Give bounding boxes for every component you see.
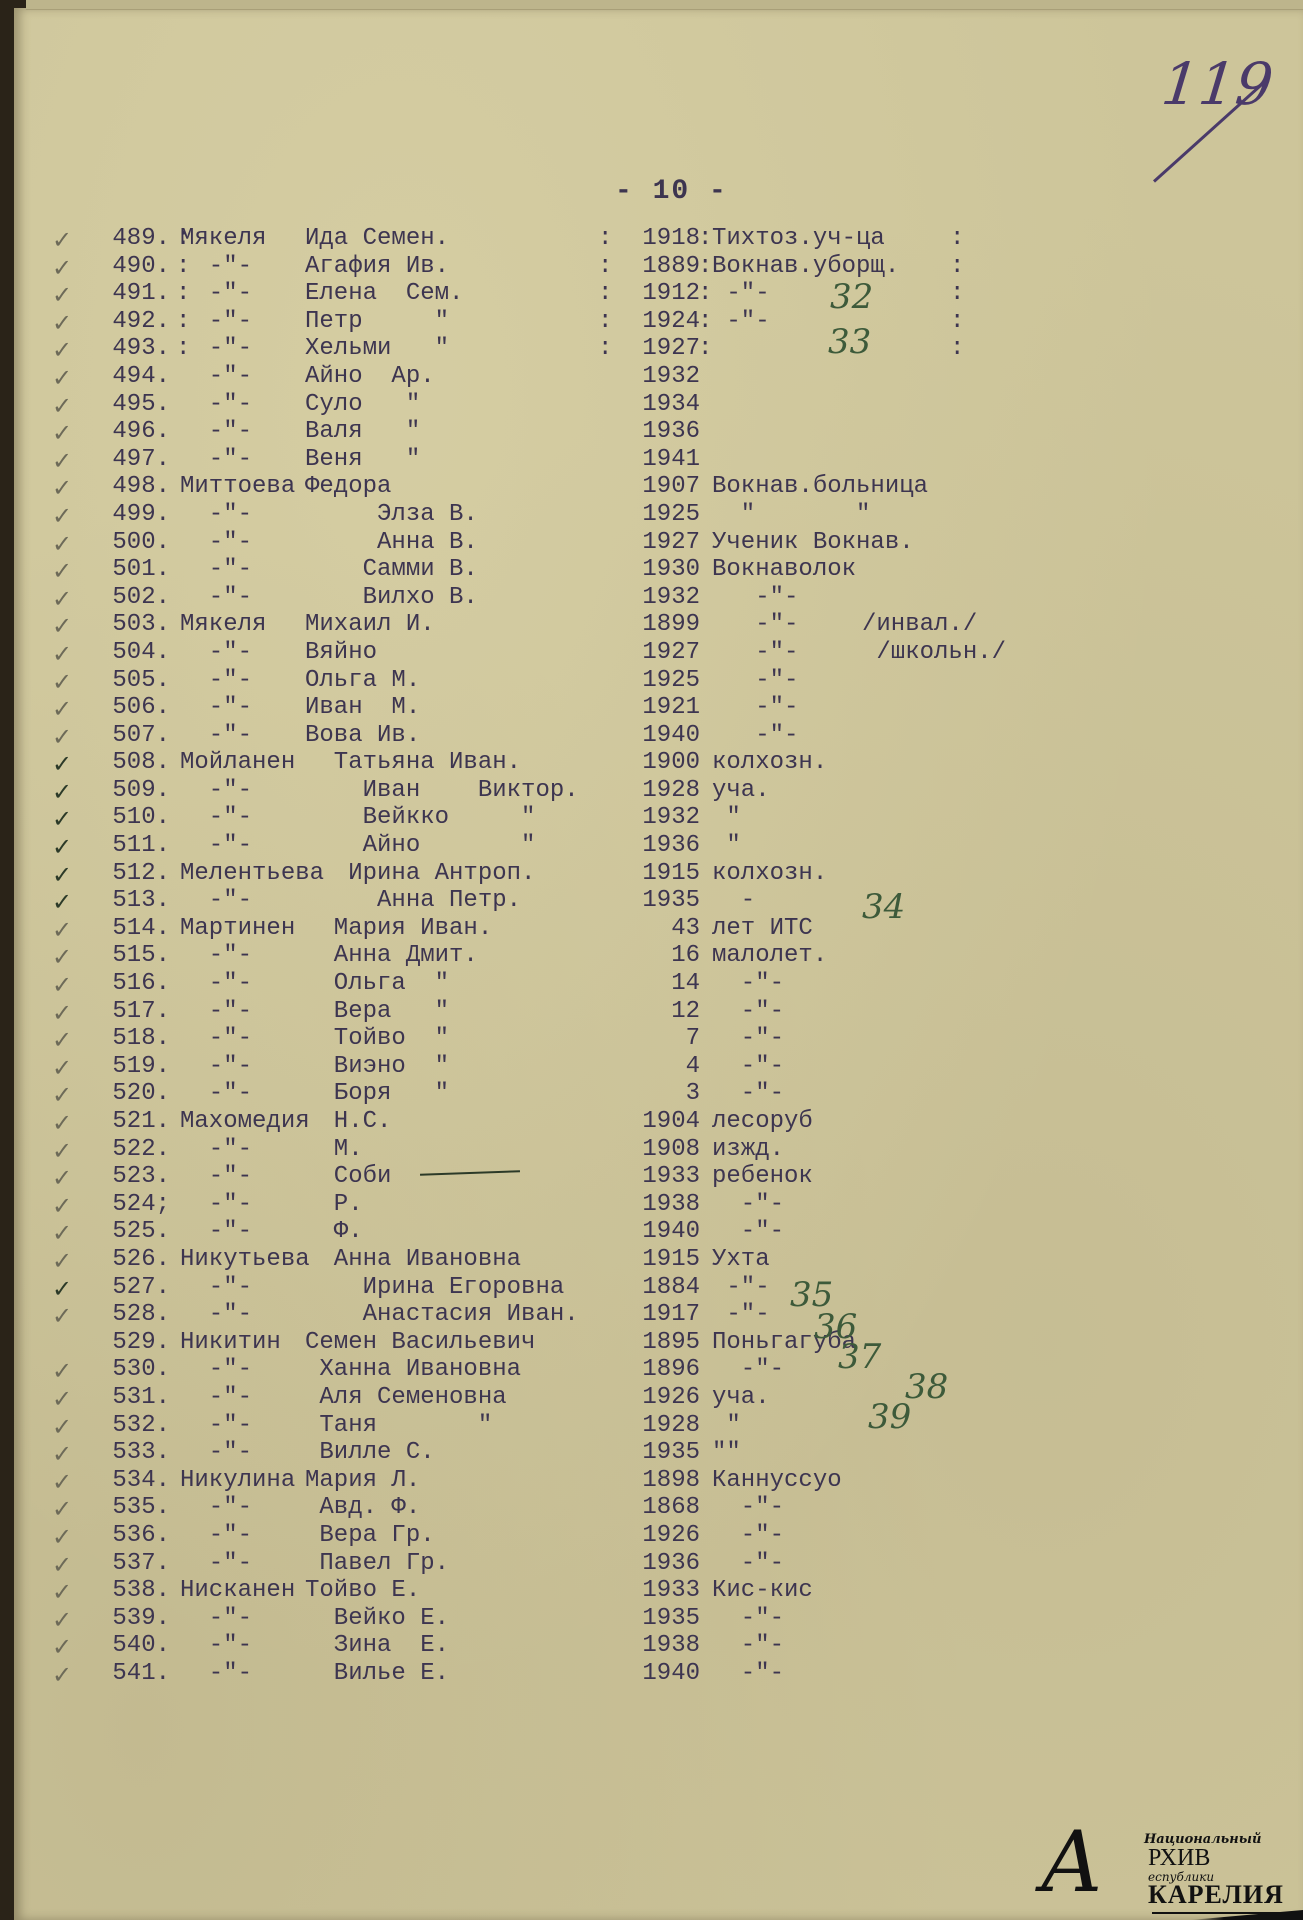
surname-cell: -"- [180, 501, 252, 529]
entry-number: 509. [78, 777, 170, 805]
entry-number: 504. [78, 639, 170, 667]
table-row: ✓530. -"- Ханна Ивановна1896 -"- [0, 1356, 1303, 1384]
table-row: ✓500. -"- Анна В.1927Ученик Вокнав. [0, 529, 1303, 557]
birth-year-cell: 1933 [615, 1577, 700, 1605]
entry-number: 541. [78, 1660, 170, 1688]
given-name-cell: Семен Васильевич [305, 1329, 535, 1357]
given-name-cell: Таня " [305, 1412, 492, 1440]
surname-cell: -"- [180, 832, 252, 860]
workplace-cell: ребенок [712, 1163, 813, 1191]
workplace-cell: -"- [712, 611, 798, 639]
entry-number: 532. [78, 1412, 170, 1440]
birth-year-cell: 1889 [615, 253, 700, 281]
given-name-cell: Анна Ивановна [305, 1246, 521, 1274]
workplace-cell: -"- [712, 1218, 784, 1246]
workplace-cell: " [712, 832, 741, 860]
table-row: ✓521.Махомедия Н.С.1904лесоруб [0, 1108, 1303, 1136]
surname-cell: Миттоева [180, 473, 295, 501]
workplace-cell: -"- [712, 1632, 784, 1660]
birth-year-cell: 1940 [615, 1218, 700, 1246]
table-row: ✓511. -"- Айно "1936 " [0, 832, 1303, 860]
given-name-cell: Виэно " [305, 1053, 449, 1081]
surname-cell: -"- [180, 1053, 252, 1081]
table-row: ✓505. -"-Ольга М.1925 -"- [0, 667, 1303, 695]
birth-year-cell: 43 [615, 915, 700, 943]
surname-cell: -"- [180, 1605, 252, 1633]
handwritten-number: 39 [868, 1400, 911, 1434]
birth-year-cell: 1915 [615, 860, 700, 888]
workplace-cell: Ученик Вокнав. [712, 529, 914, 557]
surname-cell: -"- [180, 1191, 252, 1219]
remark-cell: /инвал./ [862, 611, 977, 639]
given-name-cell: Суло " [305, 391, 420, 419]
surname-cell: -"- [180, 363, 252, 391]
table-row: ✓525. -"- Ф.1940 -"- [0, 1218, 1303, 1246]
column-separator: : [950, 253, 964, 281]
entry-number: 507. [78, 722, 170, 750]
given-name-cell: Ирина Егоровна [305, 1274, 564, 1302]
surname-cell: -"- [180, 280, 252, 308]
workplace-cell: -"- [712, 1356, 784, 1384]
entry-number: 520. [78, 1080, 170, 1108]
entry-number: 496. [78, 418, 170, 446]
surname-cell: -"- [180, 887, 252, 915]
entry-number: 517. [78, 998, 170, 1026]
surname-cell: -"- [180, 584, 252, 612]
handwritten-number: 38 [905, 1370, 948, 1404]
table-row: ✓489.:МякеляИда Семен.:1918:Тихтоз.уч-ца… [0, 225, 1303, 253]
given-name-cell: Вяйно [305, 639, 377, 667]
column-separator: : [598, 308, 612, 336]
surname-cell: -"- [180, 777, 252, 805]
birth-year-cell: 1900 [615, 749, 700, 777]
table-row: ✓536. -"- Вера Гр.1926 -"- [0, 1522, 1303, 1550]
given-name-cell: Боря " [305, 1080, 449, 1108]
table-row: ✓528. -"- Анастасия Иван.1917 -"- [0, 1301, 1303, 1329]
given-name-cell: Элза В. [305, 501, 478, 529]
surname-cell: Никитин [180, 1329, 281, 1357]
table-row: ✓513. -"- Анна Петр.1935 - [0, 887, 1303, 915]
table-row: ✓491.: -"-Елена Сем.:1912: -"-: [0, 280, 1303, 308]
table-row: ✓496. -"-Валя "1936 [0, 418, 1303, 446]
workplace-cell: -"- [712, 1550, 784, 1578]
birth-year-cell: 1927 [615, 639, 700, 667]
entry-number: 497. [78, 446, 170, 474]
birth-year-cell: 1898 [615, 1467, 700, 1495]
given-name-cell: Самми В. [305, 556, 478, 584]
given-name-cell: Вова Ив. [305, 722, 420, 750]
column-separator: : [698, 253, 712, 281]
given-name-cell: Анна В. [305, 529, 478, 557]
workplace-cell: -"- [712, 1191, 784, 1219]
workplace-cell: -"- [712, 308, 770, 336]
table-row: ✓538.НисканенТойво Е.1933Кис-кис [0, 1577, 1303, 1605]
workplace-cell: -"- [712, 1660, 784, 1688]
entry-number: 494. [78, 363, 170, 391]
surname-cell: -"- [180, 1274, 252, 1302]
birth-year-cell: 1868 [615, 1494, 700, 1522]
table-row: ✓503.МякеляМихаил И.1899 -"-/инвал./ [0, 611, 1303, 639]
birth-year-cell: 1936 [615, 832, 700, 860]
page-edge [26, 0, 1303, 10]
entry-number: 508. [78, 749, 170, 777]
workplace-cell: - [712, 887, 755, 915]
handwritten-number: 33 [828, 325, 871, 359]
entry-number: 495. [78, 391, 170, 419]
entry-number: 512. [78, 860, 170, 888]
workplace-cell: -"- [712, 584, 798, 612]
birth-year-cell: 12 [615, 998, 700, 1026]
workplace-cell: -"- [712, 722, 798, 750]
surname-cell: -"- [180, 1412, 252, 1440]
entry-number: 515. [78, 942, 170, 970]
birth-year-cell: 7 [615, 1025, 700, 1053]
birth-year-cell: 1915 [615, 1246, 700, 1274]
birth-year-cell: 1924 [615, 308, 700, 336]
column-separator: : [598, 280, 612, 308]
table-row: ✓537. -"- Павел Гр.1936 -"- [0, 1550, 1303, 1578]
table-row: ✓534.НикулинаМария Л.1898Каннуссуо [0, 1467, 1303, 1495]
workplace-cell: -"- [712, 639, 798, 667]
column-separator: : [950, 335, 964, 363]
table-row: ✓526.Никутьева Анна Ивановна1915Ухта [0, 1246, 1303, 1274]
logo-initial: А [1040, 1820, 1104, 1904]
given-name-cell: Н.С. [305, 1108, 391, 1136]
entry-number: 518. [78, 1025, 170, 1053]
table-row: ✓522. -"- М.1908изжд. [0, 1136, 1303, 1164]
surname-cell: -"- [180, 529, 252, 557]
entry-number: 529. [78, 1329, 170, 1357]
given-name-cell: Анна Петр. [305, 887, 521, 915]
table-row: ✓509. -"- Иван Виктор.1928уча. [0, 777, 1303, 805]
given-name-cell: Павел Гр. [305, 1550, 449, 1578]
table-row: ✓501. -"- Самми В.1930Вокнаволок [0, 556, 1303, 584]
entry-number: 511. [78, 832, 170, 860]
entry-number: 537. [78, 1550, 170, 1578]
surname-cell: -"- [180, 1384, 252, 1412]
entry-number: 530. [78, 1356, 170, 1384]
entry-number: 513. [78, 887, 170, 915]
given-name-cell: Агафия Ив. [305, 253, 449, 281]
workplace-cell: Вокнаволок [712, 556, 856, 584]
given-name-cell: Айно " [305, 832, 535, 860]
given-name-cell: Р. [305, 1191, 363, 1219]
workplace-cell: Каннуссуо [712, 1467, 842, 1495]
birth-year-cell: 1917 [615, 1301, 700, 1329]
workplace-cell: лет ИТС [712, 915, 813, 943]
workplace-cell: -"- [712, 1522, 784, 1550]
workplace-cell: -"- [712, 280, 770, 308]
workplace-cell: Тихтоз.уч-ца [712, 225, 885, 253]
surname-cell: Нисканен [180, 1577, 295, 1605]
workplace-cell: колхозн. [712, 860, 827, 888]
birth-year-cell: 1938 [615, 1191, 700, 1219]
table-row: ✓520. -"- Боря "3 -"- [0, 1080, 1303, 1108]
entry-number: 498. [78, 473, 170, 501]
entry-number: 526. [78, 1246, 170, 1274]
table-row: ✓506. -"-Иван М.1921 -"- [0, 694, 1303, 722]
workplace-cell: уча. [712, 777, 770, 805]
entry-number: 490. [78, 253, 170, 281]
remark-cell: /школьн./ [862, 639, 1006, 667]
surname-cell: -"- [180, 1439, 252, 1467]
given-name-cell: Соби [305, 1163, 391, 1191]
entry-number: 502. [78, 584, 170, 612]
birth-year-cell: 1935 [615, 1605, 700, 1633]
surname-cell: Махомедия [180, 1108, 310, 1136]
birth-year-cell: 1899 [615, 611, 700, 639]
surname-cell: -"- [180, 1550, 252, 1578]
entry-number: 531. [78, 1384, 170, 1412]
birth-year-cell: 1884 [615, 1274, 700, 1302]
birth-year-cell: 14 [615, 970, 700, 998]
workplace-cell: " [712, 1412, 741, 1440]
surname-cell: -"- [180, 556, 252, 584]
given-name-cell: Татьяна Иван. [305, 749, 521, 777]
entry-number: 538. [78, 1577, 170, 1605]
given-name-cell: Вера Гр. [305, 1522, 435, 1550]
table-row: ✓504. -"-Вяйно1927 -"- /школьн./ [0, 639, 1303, 667]
entry-number: 510. [78, 804, 170, 832]
birth-year-cell: 4 [615, 1053, 700, 1081]
surname-cell: -"- [180, 970, 252, 998]
given-name-cell: Зина Е. [305, 1632, 449, 1660]
given-name-cell: Вилье Е. [305, 1660, 449, 1688]
table-row: ✓490.: -"-Агафия Ив.:1889:Вокнав.уборщ.: [0, 253, 1303, 281]
entry-number: 539. [78, 1605, 170, 1633]
surname-cell: Мартинен [180, 915, 295, 943]
birth-year-cell: 1932 [615, 804, 700, 832]
entry-number: 528. [78, 1301, 170, 1329]
workplace-cell: уча. [712, 1384, 770, 1412]
entry-number: 516. [78, 970, 170, 998]
given-name-cell: Ф. [305, 1218, 363, 1246]
given-name-cell: Тойво Е. [305, 1577, 420, 1605]
folio-mark: 119 [1150, 40, 1280, 210]
surname-cell: -"- [180, 1660, 252, 1688]
birth-year-cell: 1936 [615, 418, 700, 446]
entry-number: 533. [78, 1439, 170, 1467]
entry-number: 501. [78, 556, 170, 584]
workplace-cell: лесоруб [712, 1108, 813, 1136]
surname-cell: -"- [180, 1025, 252, 1053]
column-separator: : [698, 308, 712, 336]
workplace-cell: -"- [712, 667, 798, 695]
entry-number: 514. [78, 915, 170, 943]
table-row: 529.НикитинСемен Васильевич1895Поньгагуб… [0, 1329, 1303, 1357]
given-name-cell: Петр " [305, 308, 449, 336]
entry-number: 523. [78, 1163, 170, 1191]
surname-cell: -"- [180, 446, 252, 474]
birth-year-cell: 1921 [615, 694, 700, 722]
given-name-cell: Аля Семеновна [305, 1384, 507, 1412]
table-row: ✓495. -"-Суло "1934 [0, 391, 1303, 419]
workplace-cell: " " [712, 501, 870, 529]
archive-logo: А Национальный РХИВ еспублики КАРЕЛИЯ [1040, 1810, 1303, 1920]
workplace-cell: -"- [712, 1053, 784, 1081]
surname-cell: -"- [180, 1632, 252, 1660]
workplace-cell: Кис-кис [712, 1577, 813, 1605]
workplace-cell: -"- [712, 1301, 770, 1329]
surname-cell: Мелентьева [180, 860, 324, 888]
surname-cell: -"- [180, 667, 252, 695]
column-separator: : [950, 308, 964, 336]
table-row: ✓502. -"- Вилхо В.1932 -"- [0, 584, 1303, 612]
given-name-cell: Ольга " [305, 970, 449, 998]
table-row: ✓492.: -"-Петр ":1924: -"-: [0, 308, 1303, 336]
birth-year-cell: 1907 [615, 473, 700, 501]
entry-number: 492. [78, 308, 170, 336]
workplace-cell: -"- [712, 970, 784, 998]
birth-year-cell: 1933 [615, 1163, 700, 1191]
workplace-cell: -"- [712, 998, 784, 1026]
given-name-cell: М. [305, 1136, 363, 1164]
entry-number: 500. [78, 529, 170, 557]
entry-number: 535. [78, 1494, 170, 1522]
birth-year-cell: 1926 [615, 1522, 700, 1550]
birth-year-cell: 1932 [615, 584, 700, 612]
birth-year-cell: 1927 [615, 335, 700, 363]
workplace-cell: Ухта [712, 1246, 770, 1274]
given-name-cell: Анна Дмит. [305, 942, 478, 970]
entry-number: 493. [78, 335, 170, 363]
given-name-cell: Мария Л. [305, 1467, 420, 1495]
table-row: ✓539. -"- Вейко Е.1935 -"- [0, 1605, 1303, 1633]
table-row: ✓518. -"- Тойво "7 -"- [0, 1025, 1303, 1053]
entry-number: 522. [78, 1136, 170, 1164]
workplace-cell: -"- [712, 1025, 784, 1053]
surname-cell: -"- [180, 253, 252, 281]
given-name-cell: Ирина Антроп. [305, 860, 535, 888]
given-name-cell: Тойво " [305, 1025, 449, 1053]
table-row: ✓498.МиттоеваФедора1907Вокнав.больница [0, 473, 1303, 501]
register-list: ✓489.:МякеляИда Семен.:1918:Тихтоз.уч-ца… [0, 225, 1303, 1687]
column-separator: : [698, 225, 712, 253]
given-name-cell: Валя " [305, 418, 420, 446]
entry-number: 499. [78, 501, 170, 529]
entry-number: 525. [78, 1218, 170, 1246]
table-row: ✓515. -"- Анна Дмит.16малолет. [0, 942, 1303, 970]
birth-year-cell: 1925 [615, 667, 700, 695]
column-separator: : [598, 225, 612, 253]
surname-cell: -"- [180, 308, 252, 336]
table-row: ✓507. -"-Вова Ив.1940 -"- [0, 722, 1303, 750]
surname-cell: -"- [180, 1218, 252, 1246]
birth-year-cell: 16 [615, 942, 700, 970]
birth-year-cell: 1936 [615, 1550, 700, 1578]
birth-year-cell: 1934 [615, 391, 700, 419]
given-name-cell: Вейкко " [305, 804, 535, 832]
entry-number: 527. [78, 1274, 170, 1302]
workplace-cell: -"- [712, 1274, 770, 1302]
surname-cell: Мойланен [180, 749, 295, 777]
birth-year-cell: 1935 [615, 887, 700, 915]
column-separator: : [698, 335, 712, 363]
birth-year-cell: 1927 [615, 529, 700, 557]
table-row: ✓512.Мелентьева Ирина Антроп.1915колхозн… [0, 860, 1303, 888]
table-row: ✓497. -"-Веня "1941 [0, 446, 1303, 474]
table-row: ✓532. -"- Таня "1928 " [0, 1412, 1303, 1440]
surname-cell: Никутьева [180, 1246, 310, 1274]
column-separator: : [950, 280, 964, 308]
table-row: ✓516. -"- Ольга "14 -"- [0, 970, 1303, 998]
table-row: ✓499. -"- Элза В.1925 " " [0, 501, 1303, 529]
birth-year-cell: 1932 [615, 363, 700, 391]
table-row: ✓533. -"- Вилле С.1935"" [0, 1439, 1303, 1467]
workplace-cell: малолет. [712, 942, 827, 970]
workplace-cell: -"- [712, 694, 798, 722]
given-name-cell: Иван М. [305, 694, 420, 722]
surname-cell: Никулина [180, 1467, 295, 1495]
given-name-cell: Мария Иван. [305, 915, 492, 943]
entry-number: 489. [78, 225, 170, 253]
surname-cell: -"- [180, 418, 252, 446]
surname-cell: -"- [180, 391, 252, 419]
table-row: ✓494. -"-Айно Ар.1932 [0, 363, 1303, 391]
given-name-cell: Ида Семен. [305, 225, 449, 253]
logo-line-karelia: КАРЕЛИЯ [1148, 1882, 1284, 1908]
table-row: ✓493.: -"-Хельми ":1927:: [0, 335, 1303, 363]
birth-year-cell: 1904 [615, 1108, 700, 1136]
birth-year-cell: 1940 [615, 1660, 700, 1688]
birth-year-cell: 1925 [615, 501, 700, 529]
handwritten-number: 34 [862, 890, 905, 924]
surname-cell: -"- [180, 1522, 252, 1550]
workplace-cell: колхозн. [712, 749, 827, 777]
surname-cell: -"- [180, 1356, 252, 1384]
birth-year-cell: 1940 [615, 722, 700, 750]
given-name-cell: Вейко Е. [305, 1605, 449, 1633]
workplace-cell: "" [712, 1439, 741, 1467]
given-name-cell: Елена Сем. [305, 280, 463, 308]
table-row: ✓517. -"- Вера "12 -"- [0, 998, 1303, 1026]
surname-cell: -"- [180, 694, 252, 722]
given-name-cell: Анастасия Иван. [305, 1301, 579, 1329]
birth-year-cell: 1895 [615, 1329, 700, 1357]
given-name-cell: Хельми " [305, 335, 449, 363]
entry-number: 540. [78, 1632, 170, 1660]
surname-cell: -"- [180, 1494, 252, 1522]
birth-year-cell: 1935 [615, 1439, 700, 1467]
handwritten-number: 37 [838, 1340, 881, 1374]
entry-number: 505. [78, 667, 170, 695]
given-name-cell: Авд. Ф. [305, 1494, 420, 1522]
entry-number: 503. [78, 611, 170, 639]
birth-year-cell: 1928 [615, 1412, 700, 1440]
given-name-cell: Ханна Ивановна [305, 1356, 521, 1384]
column-separator: : [698, 280, 712, 308]
workplace-cell: -"- [712, 1494, 784, 1522]
handwritten-number: 32 [830, 280, 873, 314]
surname-cell: -"- [180, 1301, 252, 1329]
column-separator: : [598, 335, 612, 363]
page-number: - 10 - [615, 176, 728, 207]
birth-year-cell: 1908 [615, 1136, 700, 1164]
table-row: ✓519. -"- Виэно "4 -"- [0, 1053, 1303, 1081]
table-row: ✓524; -"- Р.1938 -"- [0, 1191, 1303, 1219]
given-name-cell: Ольга М. [305, 667, 420, 695]
entry-number: 534. [78, 1467, 170, 1495]
table-row: ✓510. -"- Вейкко "1932 " [0, 804, 1303, 832]
workplace-cell: изжд. [712, 1136, 784, 1164]
birth-year-cell: 1896 [615, 1356, 700, 1384]
surname-cell: -"- [180, 1080, 252, 1108]
surname-cell: -"- [180, 1163, 252, 1191]
given-name-cell: Вилхо В. [305, 584, 478, 612]
table-row: ✓541. -"- Вилье Е.1940 -"- [0, 1660, 1303, 1688]
table-row: ✓531. -"- Аля Семеновна1926уча. [0, 1384, 1303, 1412]
table-row: ✓514.Мартинен Мария Иван.43лет ИТС [0, 915, 1303, 943]
